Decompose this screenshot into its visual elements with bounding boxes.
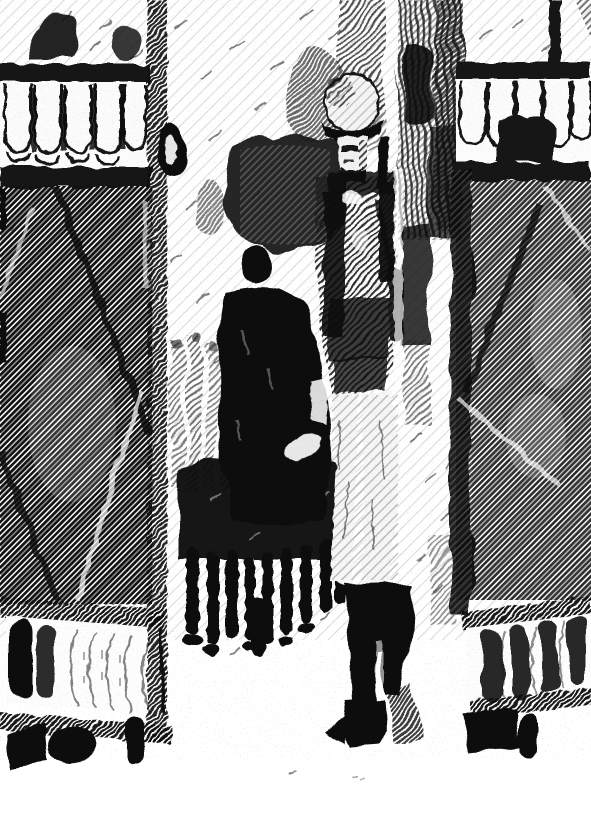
sketch-canvas: High-contrast ink-sketch photo: a helmet… bbox=[0, 0, 591, 823]
gate-foot-small bbox=[520, 710, 538, 758]
sketch-image: High-contrast ink-sketch photo: a helmet… bbox=[0, 0, 591, 823]
gate-foot-small bbox=[124, 716, 144, 762]
boot-left bbox=[340, 698, 384, 748]
gate-foot-blob bbox=[48, 726, 96, 766]
paper-grain bbox=[0, 0, 591, 690]
gate-foot-wedge bbox=[462, 706, 522, 752]
